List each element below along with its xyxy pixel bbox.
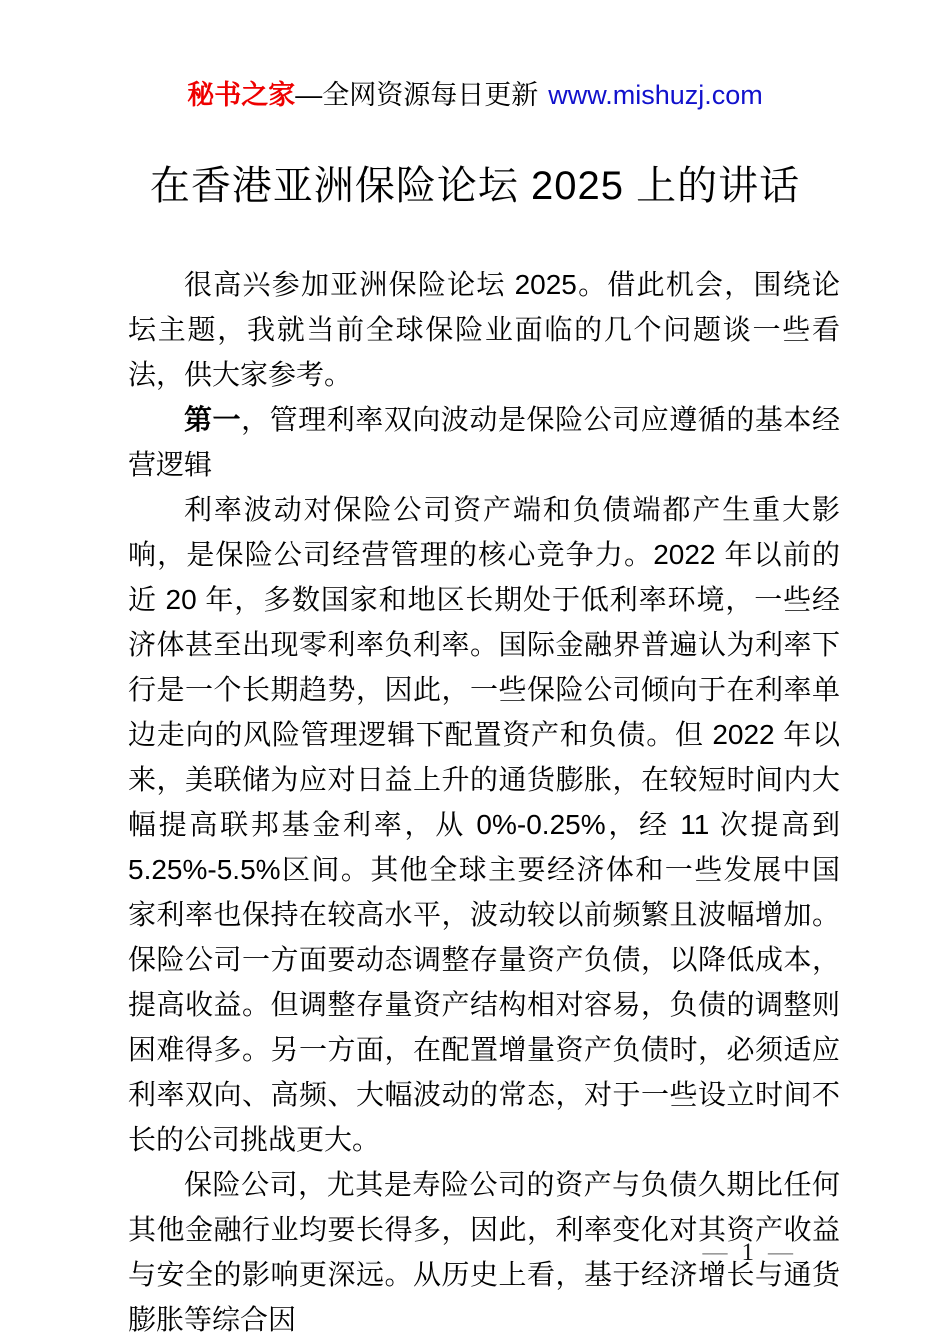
paragraph-intro: 很高兴参加亚洲保险论坛 2025。借此机会，围绕论坛主题，我就当前全球保险业面临…: [128, 262, 840, 397]
brand-name: 秘书之家: [187, 80, 295, 110]
document-page: 秘书之家—全网资源每日更新www.mishuzj.com 在香港亚洲保险论坛 2…: [0, 0, 950, 1344]
document-body: 很高兴参加亚洲保险论坛 2025。借此机会，围绕论坛主题，我就当前全球保险业面临…: [0, 262, 950, 1342]
header-banner: 秘书之家—全网资源每日更新www.mishuzj.com: [0, 0, 950, 114]
footer-dash-left: —: [696, 1239, 735, 1266]
site-url-link[interactable]: www.mishuzj.com: [548, 80, 763, 110]
paragraph-interest-rates: 利率波动对保险公司资产端和负债端都产生重大影响，是保险公司经营管理的核心竞争力。…: [128, 487, 840, 1162]
paragraph-bold-lead: 第一: [184, 404, 241, 435]
footer-dash-right: —: [761, 1239, 800, 1266]
document-title: 在香港亚洲保险论坛 2025 上的讲话: [0, 160, 950, 212]
page-footer: —1—: [696, 1240, 801, 1265]
paragraph-point-one: 第一，管理利率双向波动是保险公司应遵循的基本经营逻辑: [128, 397, 840, 487]
page-number: 1: [735, 1239, 762, 1266]
header-tagline: —全网资源每日更新: [295, 80, 538, 110]
